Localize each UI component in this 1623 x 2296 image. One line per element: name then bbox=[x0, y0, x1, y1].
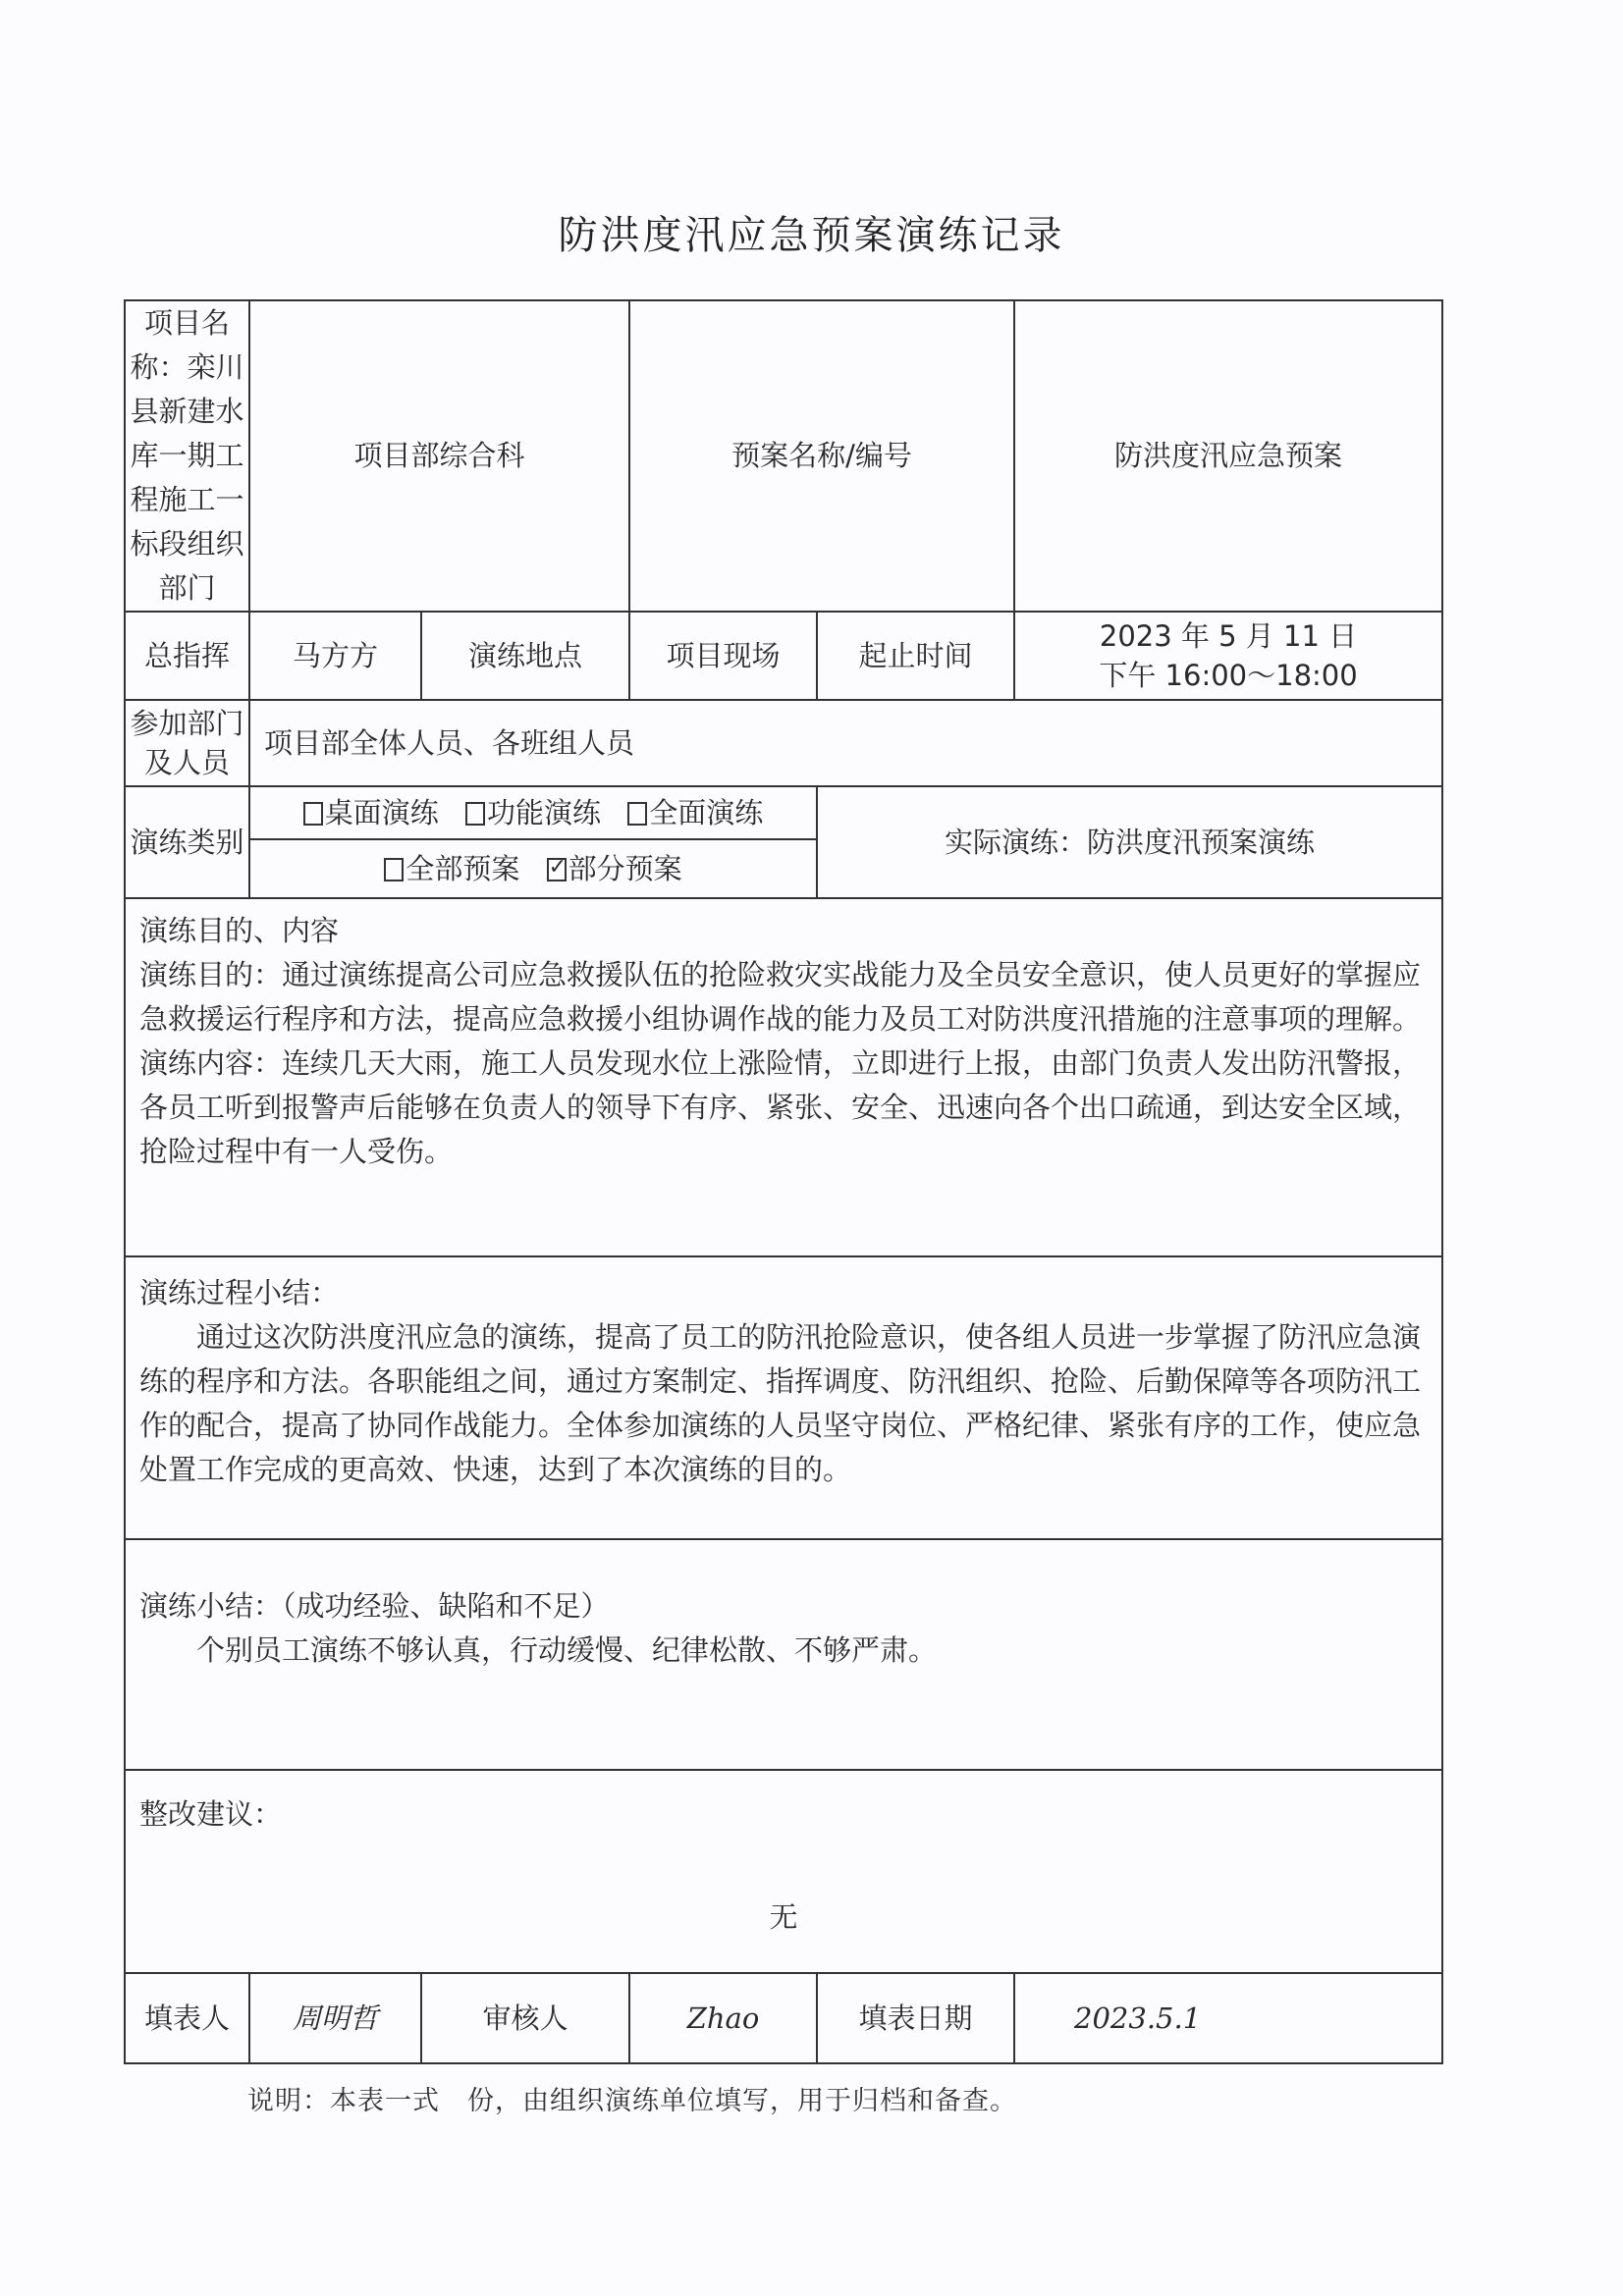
rectification-heading: 整改建议： bbox=[139, 1792, 1428, 1837]
reviewer-label: 审核人 bbox=[421, 1973, 629, 2063]
drill-date: 2023 年 5 月 11 日 bbox=[1015, 616, 1441, 656]
process-summary-row: 演练过程小结： 通过这次防洪度汛应急的演练，提高了员工的防汛抢险意识，使各组人员… bbox=[125, 1256, 1442, 1539]
drill-summary-body: 个别员工演练不够认真，行动缓慢、纪律松散、不够严肃。 bbox=[139, 1629, 1428, 1673]
option-all-plans[interactable]: 全部预案 bbox=[384, 852, 519, 885]
purpose-heading: 演练目的、内容 bbox=[139, 909, 1428, 953]
time-label: 起止时间 bbox=[817, 612, 1014, 700]
drill-summary-row: 演练小结：（成功经验、缺陷和不足） 个别员工演练不够认真，行动缓慢、纪律松散、不… bbox=[125, 1539, 1442, 1770]
project-name-label: 项目名 称：栾川 县新建水 库一期工 程施工一 标段组织 部门 bbox=[125, 300, 249, 612]
drill-type-options-2: 全部预案 部分预案 bbox=[249, 839, 817, 898]
option-full-scale[interactable]: 全面演练 bbox=[627, 796, 763, 829]
actual-drill: 实际演练：防洪度汛预案演练 bbox=[817, 786, 1442, 898]
location-label: 演练地点 bbox=[421, 612, 629, 700]
option-tabletop[interactable]: 桌面演练 bbox=[303, 796, 439, 829]
department-value: 项目部综合科 bbox=[249, 300, 629, 612]
fill-date-value: 2023.5.1 bbox=[1014, 1973, 1442, 2063]
process-summary-cell: 演练过程小结： 通过这次防洪度汛应急的演练，提高了员工的防汛抢险意识，使各组人员… bbox=[125, 1256, 1442, 1539]
drill-type-options-1: 桌面演练 功能演练 全面演练 bbox=[249, 786, 817, 839]
footer-note: 说明：本表一式 份，由组织演练单位填写，用于归档和备查。 bbox=[247, 2079, 1017, 2117]
checkbox-icon[interactable] bbox=[465, 802, 485, 826]
checkbox-icon[interactable] bbox=[303, 802, 323, 826]
reviewer-signature: Zhao bbox=[629, 1973, 817, 2063]
fill-date-label: 填表日期 bbox=[817, 1973, 1014, 2063]
commander-value: 马方方 bbox=[249, 612, 421, 700]
time-value: 2023 年 5 月 11 日 下午 16:00～18:00 bbox=[1014, 612, 1442, 700]
drill-type-row: 演练类别 桌面演练 功能演练 全面演练 实际演练：防洪度汛预案演练 bbox=[125, 786, 1442, 839]
filler-label: 填表人 bbox=[125, 1973, 249, 2063]
drill-type-label: 演练类别 bbox=[125, 786, 249, 898]
participants-row: 参加部门 及人员 项目部全体人员、各班组人员 bbox=[125, 700, 1442, 786]
process-summary-heading: 演练过程小结： bbox=[139, 1271, 1428, 1315]
rectification-row: 整改建议： 无 bbox=[125, 1770, 1442, 1973]
signature-row: 填表人 周明哲 审核人 Zhao 填表日期 2023.5.1 bbox=[125, 1973, 1442, 2063]
process-summary-body: 通过这次防洪度汛应急的演练，提高了员工的防汛抢险意识，使各组人员进一步掌握了防汛… bbox=[139, 1315, 1428, 1492]
rectification-body: 无 bbox=[139, 1837, 1428, 1940]
document-title: 防洪度汛应急预案演练记录 bbox=[0, 204, 1623, 260]
purpose-content: 演练内容：连续几天大雨，施工人员发现水位上涨险情，立即进行上报，由部门负责人发出… bbox=[139, 1041, 1428, 1174]
rectification-cell: 整改建议： 无 bbox=[125, 1770, 1442, 1973]
option-partial-plans[interactable]: 部分预案 bbox=[547, 852, 682, 885]
checkbox-icon[interactable] bbox=[627, 802, 647, 826]
purpose-goal: 演练目的：通过演练提高公司应急救援队伍的抢险救灾实战能力及全员安全意识，使人员更… bbox=[139, 953, 1428, 1041]
purpose-row: 演练目的、内容 演练目的：通过演练提高公司应急救援队伍的抢险救灾实战能力及全员安… bbox=[125, 898, 1442, 1256]
purpose-cell: 演练目的、内容 演练目的：通过演练提高公司应急救援队伍的抢险救灾实战能力及全员安… bbox=[125, 898, 1442, 1256]
plan-name-label: 预案名称/编号 bbox=[629, 300, 1014, 612]
option-functional[interactable]: 功能演练 bbox=[465, 796, 601, 829]
filler-signature: 周明哲 bbox=[249, 1973, 421, 2063]
commander-label: 总指挥 bbox=[125, 612, 249, 700]
drill-time: 下午 16:00～18:00 bbox=[1015, 656, 1441, 695]
plan-name-value: 防洪度汛应急预案 bbox=[1014, 300, 1442, 612]
header-row: 项目名 称：栾川 县新建水 库一期工 程施工一 标段组织 部门 项目部综合科 预… bbox=[125, 300, 1442, 612]
participants-value: 项目部全体人员、各班组人员 bbox=[249, 700, 1442, 786]
participants-label: 参加部门 及人员 bbox=[125, 700, 249, 786]
checkbox-checked-icon[interactable] bbox=[547, 858, 567, 881]
drill-summary-heading: 演练小结：（成功经验、缺陷和不足） bbox=[139, 1584, 1428, 1629]
location-value: 项目现场 bbox=[629, 612, 817, 700]
checkbox-icon[interactable] bbox=[384, 858, 404, 881]
command-row: 总指挥 马方方 演练地点 项目现场 起止时间 2023 年 5 月 11 日 下… bbox=[125, 612, 1442, 700]
drill-record-table: 项目名 称：栾川 县新建水 库一期工 程施工一 标段组织 部门 项目部综合科 预… bbox=[124, 299, 1443, 2064]
drill-summary-cell: 演练小结：（成功经验、缺陷和不足） 个别员工演练不够认真，行动缓慢、纪律松散、不… bbox=[125, 1539, 1442, 1770]
